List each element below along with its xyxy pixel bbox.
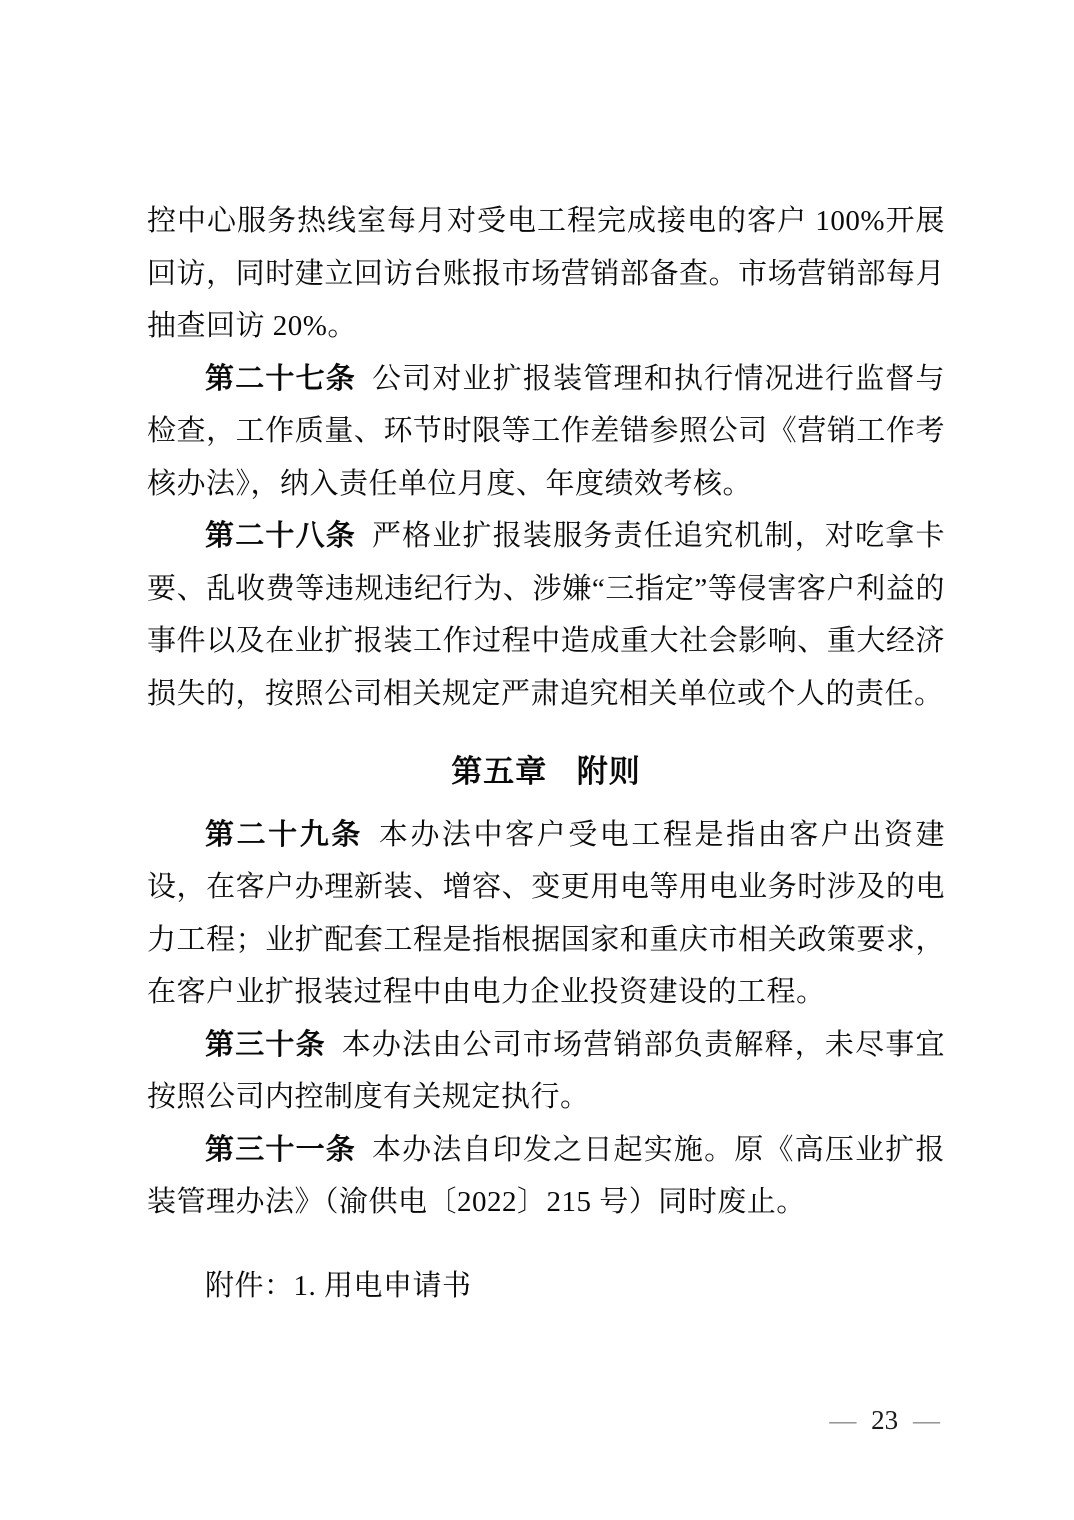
- chapter-title: 附则: [577, 754, 641, 789]
- article-30-lead: 第三十条: [205, 1029, 342, 1061]
- continuation-paragraph: 控中心服务热线室每月对受电工程完成接电的客户 100%开展回访，同时建立回访台账…: [147, 195, 945, 353]
- article-30-paragraph: 第三十条本办法由公司市场营销部负责解释，未尽事宜按照公司内控制度有关规定执行。: [147, 1019, 945, 1124]
- document-page: 控中心服务热线室每月对受电工程完成接电的客户 100%开展回访，同时建立回访台账…: [0, 0, 1074, 1520]
- attachment-line: 附件：1. 用电申请书: [147, 1260, 945, 1313]
- page-number-value: 23: [871, 1405, 898, 1435]
- article-27-lead: 第二十七条: [205, 363, 372, 395]
- article-29-lead: 第二十九条: [205, 819, 379, 851]
- page-number: —23—: [829, 1405, 940, 1435]
- chapter-number: 第五章: [451, 754, 547, 789]
- article-29-paragraph: 第二十九条本办法中客户受电工程是指由客户出资建设，在客户办理新装、增容、变更用电…: [147, 809, 945, 1019]
- article-28-paragraph: 第二十八条严格业扩报装服务责任追究机制，对吃拿卡要、乱收费等违规违纪行为、涉嫌“…: [147, 510, 945, 720]
- chapter-heading: 第五章附则: [147, 746, 945, 799]
- page-number-left-dash: —: [829, 1405, 856, 1435]
- attachment-label: 附件：: [205, 1270, 294, 1302]
- attachment-item: 1. 用电申请书: [294, 1270, 472, 1302]
- article-31-lead: 第三十一条: [205, 1134, 372, 1166]
- article-27-paragraph: 第二十七条公司对业扩报装管理和执行情况进行监督与检查，工作质量、环节时限等工作差…: [147, 353, 945, 511]
- article-31-paragraph: 第三十一条本办法自印发之日起实施。原《高压业扩报装管理办法》（渝供电〔2022〕…: [147, 1124, 945, 1229]
- document-body: 控中心服务热线室每月对受电工程完成接电的客户 100%开展回访，同时建立回访台账…: [147, 195, 945, 1312]
- article-28-lead: 第二十八条: [205, 520, 372, 552]
- page-number-right-dash: —: [913, 1405, 940, 1435]
